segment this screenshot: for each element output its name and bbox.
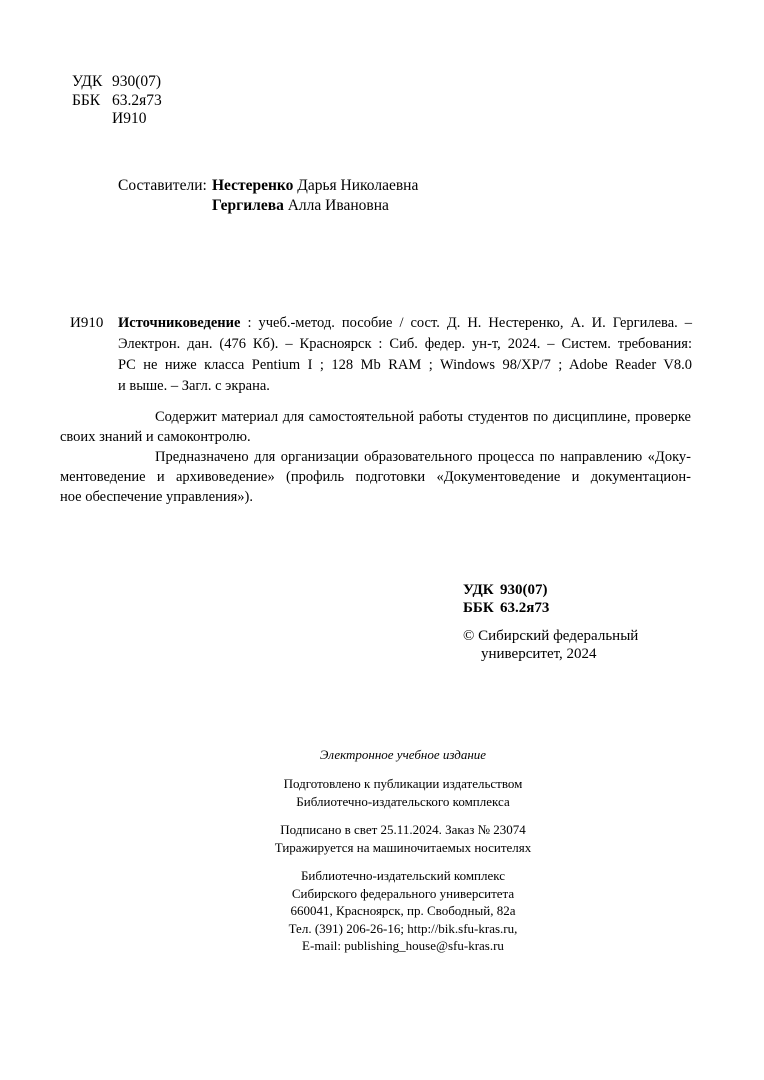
imprint-page: УДК 930(07) ББК 63.2я73 И910 Составители… xyxy=(0,0,764,1080)
bbk-right-value: 63.2я73 xyxy=(500,599,549,617)
udc-right-value: 930(07) xyxy=(500,581,548,599)
annotation-p1-line2: своих знаний и самоконтролю. xyxy=(60,427,691,447)
bib-title: Источниковедение xyxy=(118,315,240,331)
bibliographic-entry: Источниковедение : учеб.-метод. пособие … xyxy=(118,313,692,397)
release-line-2: Тиражируется на машиночитаемых носителях xyxy=(42,839,764,857)
udc-right-label: УДК xyxy=(463,581,500,599)
bib-line-4: и выше. – Загл. с экрана. xyxy=(118,376,692,397)
compiler-1-given: Дарья Николаевна xyxy=(293,177,418,194)
compiler-1: Нестеренко Дарья Николаевна xyxy=(212,176,418,196)
copyright-line-2: университет, 2024 xyxy=(463,646,638,664)
publisher-name: Библиотечно-издательский комплекс xyxy=(42,867,764,885)
publisher-address: 660041, Красноярск, пр. Свободный, 82а xyxy=(42,902,764,920)
publisher-address-block: Библиотечно-издательский комплекс Сибирс… xyxy=(42,867,764,955)
udc-row: УДК 930(07) xyxy=(72,73,162,92)
classification-block-top: УДК 930(07) ББК 63.2я73 И910 xyxy=(72,73,162,129)
publisher-university: Сибирского федерального университета xyxy=(42,885,764,903)
compilers-label: Составители: xyxy=(118,176,212,216)
author-sign-spacer xyxy=(72,110,112,129)
bbk-row: ББК 63.2я73 xyxy=(72,92,162,111)
annotation-p2-line3: ное обеспечение управления»). xyxy=(60,487,691,507)
compilers-block: Составители: Нестеренко Дарья Николаевна… xyxy=(118,176,418,216)
bbk-right-row: ББК 63.2я73 xyxy=(463,599,549,617)
bbk-right-label: ББК xyxy=(463,599,500,617)
author-sign: И910 xyxy=(112,110,146,129)
bbk-value: 63.2я73 xyxy=(112,92,162,111)
bib-line-2: Электрон. дан. (476 Кб). – Красноярск : … xyxy=(118,334,692,355)
publisher-phone-site: Тел. (391) 206-26-16; http://bik.sfu-kra… xyxy=(42,920,764,938)
udc-label: УДК xyxy=(72,73,112,92)
publisher-email: E-mail: publishing_house@sfu-kras.ru xyxy=(42,937,764,955)
compilers-names: Нестеренко Дарья Николаевна Гергилева Ал… xyxy=(212,176,418,216)
copyright-line-1: © Сибирский федеральный xyxy=(463,628,638,646)
udc-right-row: УДК 930(07) xyxy=(463,581,549,599)
annotation-p1-line1: Содержит материал для самостоятельной ра… xyxy=(60,407,691,427)
copyright-notice: © Сибирский федеральный университет, 202… xyxy=(463,628,638,663)
compiler-1-surname: Нестеренко xyxy=(212,177,293,194)
compiler-2: Гергилева Алла Ивановна xyxy=(212,196,418,216)
compiler-2-surname: Гергилева xyxy=(212,197,284,214)
prepared-line-1: Подготовлено к публикации издательством xyxy=(42,775,764,793)
edition-type-note: Электронное учебное издание xyxy=(42,746,764,764)
author-sign-row: И910 xyxy=(72,110,162,129)
udc-value: 930(07) xyxy=(112,73,161,92)
compiler-2-given: Алла Ивановна xyxy=(284,197,389,214)
prepared-line-2: Библиотечно-издательского комплекса xyxy=(42,793,764,811)
bib-line-3: PC не ниже класса Pentium I ; 128 Mb RAM… xyxy=(118,355,692,376)
prepared-by-block: Подготовлено к публикации издательством … xyxy=(42,775,764,810)
bib-line-1: Источниковедение : учеб.-метод. пособие … xyxy=(118,313,692,334)
release-info-block: Подписано в свет 25.11.2024. Заказ № 230… xyxy=(42,821,764,856)
classification-block-right: УДК 930(07) ББК 63.2я73 xyxy=(463,581,549,617)
release-line-1: Подписано в свет 25.11.2024. Заказ № 230… xyxy=(42,821,764,839)
annotation-p2-line2: ментоведение и архивоведение» (профиль п… xyxy=(60,467,691,487)
bib-line-1-rest: : учеб.-метод. пособие / сост. Д. Н. Нес… xyxy=(240,315,692,331)
bbk-label: ББК xyxy=(72,92,112,111)
bib-author-sign: И910 xyxy=(70,313,103,334)
annotation-p2-line1: Предназначено для организации образовате… xyxy=(60,447,691,467)
annotation-block: Содержит материал для самостоятельной ра… xyxy=(60,407,691,507)
